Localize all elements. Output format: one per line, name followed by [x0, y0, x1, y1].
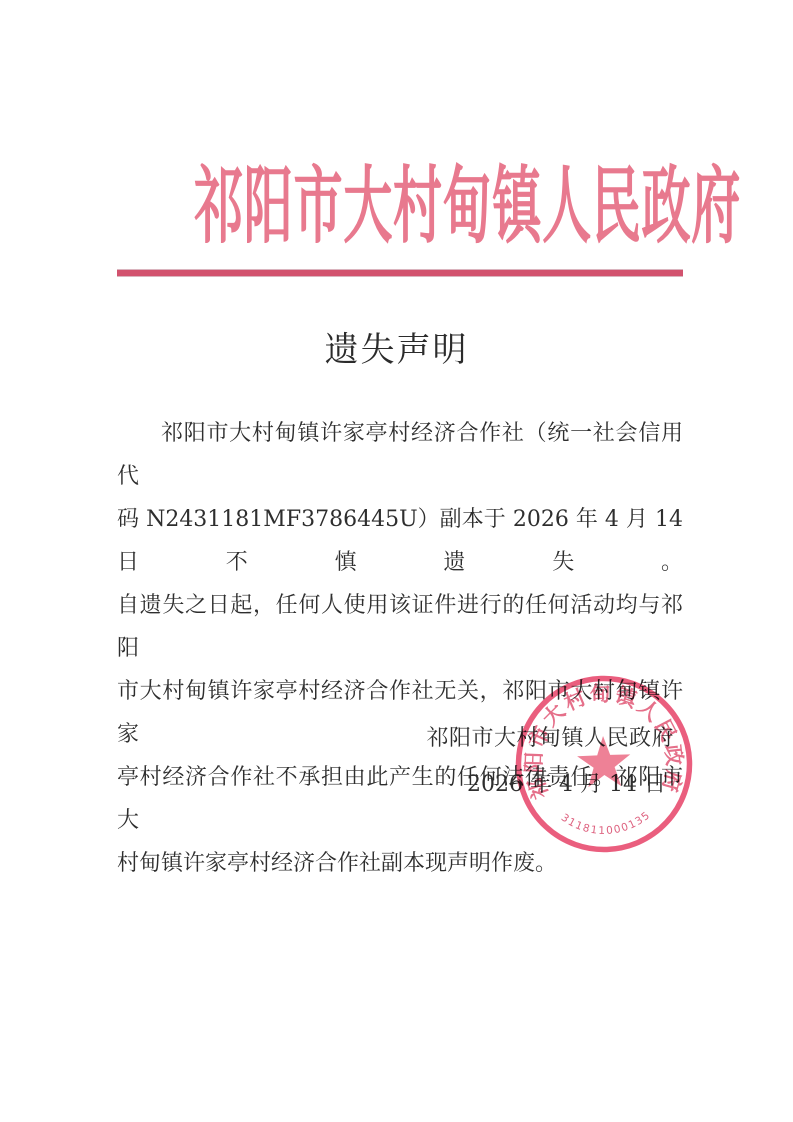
body-line: 码 N2431181MF3786445U）副本于 2026 年 4 月 14 日…	[117, 498, 683, 584]
official-round-seal: 祁阳市大村甸镇人民政府 43118110001356	[509, 669, 699, 859]
letterhead-rule	[117, 270, 683, 276]
body-line: 自遗失之日起，任何人使用该证件进行的任何活动均与祁阳	[117, 584, 683, 670]
notice-title: 遗失声明	[0, 322, 793, 371]
letterhead-title-text: 祁阳市大村甸镇人民政府	[194, 158, 741, 254]
scanned-document-page: 祁阳市大村甸镇人民政府 遗失声明 祁阳市大村甸镇许家亭村经济合作社（统一社会信用…	[0, 0, 793, 1122]
body-line: 祁阳市大村甸镇许家亭村经济合作社（统一社会信用代	[117, 412, 683, 498]
letterhead-title: 祁阳市大村甸镇人民政府	[0, 158, 793, 254]
seal-star-icon	[576, 735, 631, 788]
